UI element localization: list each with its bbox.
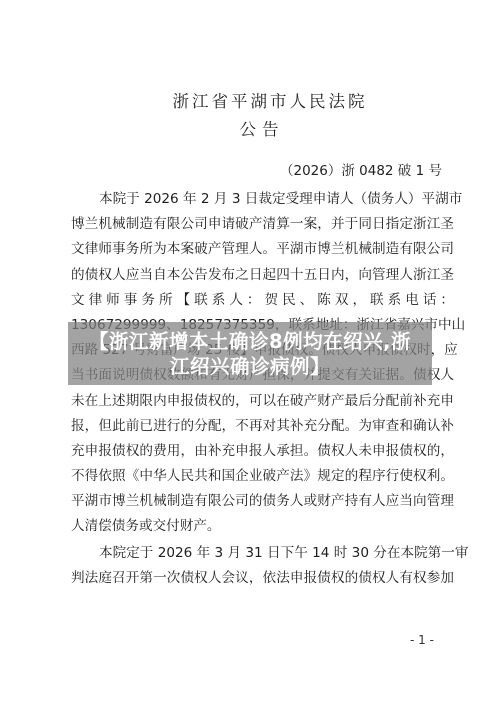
body-line: 判法庭召开第一次债权人会议，依法申报债权的债权人有权参加: [71, 566, 454, 591]
page-number: - 1 -: [410, 633, 434, 647]
court-name-heading: 浙江省平湖市人民法院: [0, 88, 500, 112]
body-line: 充申报债权的费用，由补充申报人承担。债权人未申报债权的，: [71, 439, 454, 464]
headline-overlay-text: 【浙江新增本土确诊8例均在绍兴,浙江绍兴确诊病例】: [85, 329, 415, 379]
body-line: 未在上述期限内申报债权的，可以在破产财产最后分配前补充申: [71, 389, 454, 414]
body-line: 的债权人应当自本公告发布之日起四十五日内，向管理人浙江圣: [71, 263, 454, 288]
body-line: 不得依照《中华人民共和国企业破产法》规定的程序行使权利。: [71, 464, 454, 489]
body-line: 报，但此前已进行的分配，不再对其补充分配。为审查和确认补: [71, 414, 454, 439]
body-line: 平湖市博兰机械制造有限公司的债务人或财产持有人应当向管理: [71, 489, 454, 514]
body-line: 人清偿债务或交付财产。: [71, 514, 454, 539]
headline-overlay-banner[interactable]: 【浙江新增本土确诊8例均在绍兴,浙江绍兴确诊病例】: [68, 322, 432, 385]
notice-paragraph-2: 本院定于 2026 年 3 月 31 日下午 14 时 30 分在本院第一审 判…: [71, 541, 454, 591]
body-line: 本院于 2026 年 2 月 3 日裁定受理申请人（债务人）平湖市: [71, 187, 454, 212]
body-line: 文律师事务所【联系人：贺民、陈双，联系电话：: [71, 288, 454, 313]
body-line: 博兰机械制造有限公司申请破产清算一案，并于同日指定浙江圣: [71, 212, 454, 237]
case-number: （2026）浙 0482 破 1 号: [280, 159, 442, 179]
body-line: 本院定于 2026 年 3 月 31 日下午 14 时 30 分在本院第一审: [71, 541, 454, 566]
notice-title: 公告: [0, 116, 500, 140]
document-page: 浙江省平湖市人民法院 公告 （2026）浙 0482 破 1 号 本院于 202…: [0, 0, 500, 707]
body-line: 文律师事务所为本案破产管理人。平湖市博兰机械制造有限公司: [71, 237, 454, 262]
